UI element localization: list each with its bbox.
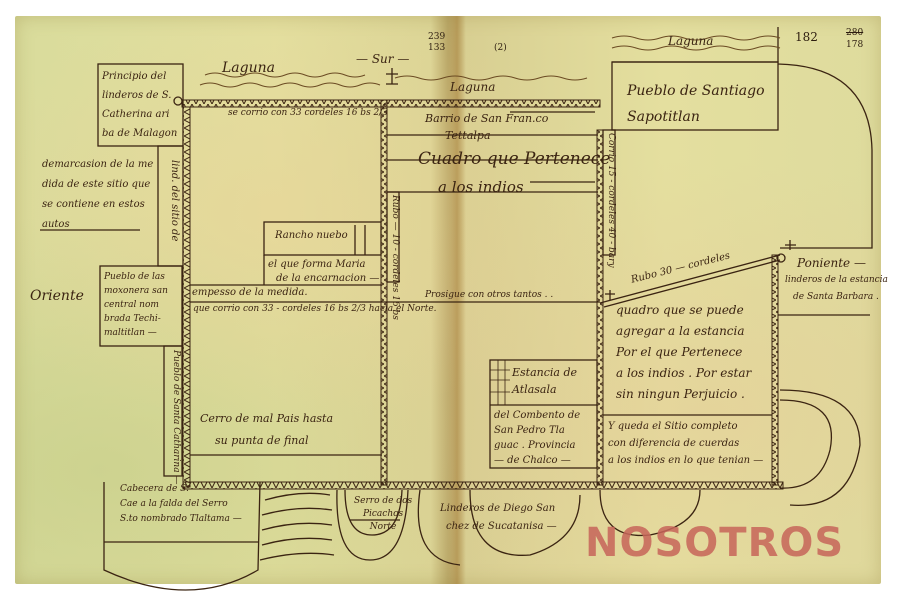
- line: San Pedro Tla: [494, 423, 580, 438]
- line: sin ningun Perjuicio .: [616, 384, 751, 405]
- line: S.to nombrado Tlaltama —: [120, 512, 242, 527]
- compass-north: Norte: [354, 521, 412, 534]
- convento-san-pedro-label: del Combento de San Pedro Tla guac . Pro…: [494, 408, 580, 468]
- line: a los indios: [418, 173, 610, 201]
- line: Pueblo de las: [104, 270, 168, 284]
- line: Cuadro que Pertenece: [418, 145, 610, 173]
- pueblo-santa-catharina-label: Pueblo de Santa Catharina —: [170, 350, 181, 484]
- line: con diferencia de cuerdas: [608, 435, 763, 452]
- demarcacion-note: demarcasion de la me dida de este sitio …: [42, 155, 153, 235]
- line: Y queda el Sitio completo: [608, 418, 763, 435]
- line: Cabecera de S.: [120, 482, 242, 497]
- santa-barbara-lindero: linderos de la estancia de Santa Barbara…: [785, 272, 888, 306]
- line: Principio del: [102, 67, 177, 86]
- line: agregar a la estancia: [616, 321, 751, 342]
- line: Catherina ari: [102, 105, 177, 124]
- line: Linderos de Diego San: [440, 500, 557, 518]
- line: guac . Provincia: [494, 438, 580, 453]
- prosigue-label: Prosigue con otros tantos . .: [425, 290, 553, 301]
- line: a los indios . Por estar: [616, 363, 751, 384]
- vertical-measure-left: Rubo — 10 - cordeles 16 bs: [389, 195, 400, 320]
- line: maltitlan —: [104, 326, 168, 340]
- line: de Santa Barbara .: [785, 289, 888, 306]
- maria-encarnacion-label: el que forma Maria de la encarnacion —: [268, 258, 379, 286]
- line: del Combento de: [494, 408, 580, 423]
- cuadro-indios-label: Cuadro que Pertenece a los indios: [418, 145, 610, 201]
- rancho-nuebo-label: Rancho nuebo: [275, 230, 348, 243]
- compass-south: — Sur —: [356, 52, 409, 67]
- line: autos: [42, 215, 153, 235]
- principio-linderos-label: Principio del linderos de S. Catherina a…: [102, 67, 177, 143]
- empesso-medida-label: empesso de la medida.: [192, 287, 308, 300]
- compass-east: Oriente: [30, 288, 84, 306]
- line: quadro que se puede: [616, 300, 751, 321]
- laguna-center-label: Laguna: [450, 80, 495, 95]
- barrio-san-francisco-label: Barrio de San Fran.co Tettalpa: [425, 110, 548, 144]
- line: dida de este sitio que: [42, 175, 153, 195]
- line: Barrio de San Fran.co: [425, 110, 548, 127]
- center-fraction-bottom: 133: [428, 43, 445, 53]
- line: brada Techi-: [104, 312, 168, 326]
- line: — de Chalco —: [494, 453, 580, 468]
- line: su punta de final: [200, 430, 333, 452]
- line: Tettalpa: [425, 127, 548, 144]
- quadro-agregar-label: quadro que se puede agregar a la estanci…: [616, 300, 751, 405]
- line: moxonera san: [104, 284, 168, 298]
- laguna-left-label: Laguna: [222, 60, 275, 78]
- lindero-sitio-label: lind. del sitio de: [168, 160, 181, 241]
- line: el que forma Maria: [268, 258, 379, 272]
- line: se contiene en estos: [42, 195, 153, 215]
- line: Pueblo de Santiago: [627, 78, 765, 104]
- line: Serro de dos: [354, 495, 412, 508]
- nosotros-watermark: NOSOTROS: [585, 520, 844, 566]
- line: Atlasala: [512, 381, 577, 398]
- line: Por el que Pertenece: [616, 342, 751, 363]
- top-measurement: se corrio con 33 cordeles 16 bs 2/3: [228, 108, 388, 119]
- cabecera-label: Cabecera de S. Cae a la falda del Serro …: [120, 482, 242, 527]
- line: linderos de S.: [102, 86, 177, 105]
- linderos-diego-sanchez-label: Linderos de Diego San chez de Sucatanisa…: [440, 500, 557, 536]
- line: central nom: [104, 298, 168, 312]
- line: demarcasion de la me: [42, 155, 153, 175]
- line: Cerro de mal Pais hasta: [200, 408, 333, 430]
- laguna-right-label: Laguna: [668, 34, 713, 49]
- pueblo-moxonera-label: Pueblo de las moxonera san central nom b…: [104, 270, 168, 340]
- line: Estancia de: [512, 364, 577, 381]
- center-mark: (2): [494, 43, 507, 53]
- center-fraction-top: 239: [428, 32, 445, 42]
- line: Cae a la falda del Serro: [120, 497, 242, 512]
- folio-fraction-top: 280: [846, 28, 863, 38]
- estancia-atlasala-label: Estancia de Atlasala: [512, 364, 577, 398]
- vertical-measure-right: Corrio 15 - cordeles 40 - bary: [605, 133, 616, 268]
- line: Sapotitlan: [627, 104, 765, 130]
- cerro-dos-picachos-label: Serro de dos Picachos Norte: [354, 495, 412, 534]
- folio-fraction-bottom: 178: [846, 40, 863, 50]
- line: a los indios en lo que tenian —: [608, 452, 763, 469]
- folio-number: 182: [795, 30, 818, 44]
- line: ba de Malagon: [102, 124, 177, 143]
- line: Picachos: [354, 508, 412, 521]
- compass-west: Poniente —: [797, 256, 866, 271]
- cerro-mal-pais-label: Cerro de mal Pais hasta su punta de fina…: [200, 408, 333, 452]
- line: de la encarnacion —: [268, 272, 379, 286]
- line: linderos de la estancia: [785, 272, 888, 289]
- pueblo-santiago-label: Pueblo de Santiago Sapotitlan: [627, 78, 765, 130]
- sitio-completo-label: Y queda el Sitio completo con diferencia…: [608, 418, 763, 469]
- line: chez de Sucatanisa —: [440, 518, 557, 536]
